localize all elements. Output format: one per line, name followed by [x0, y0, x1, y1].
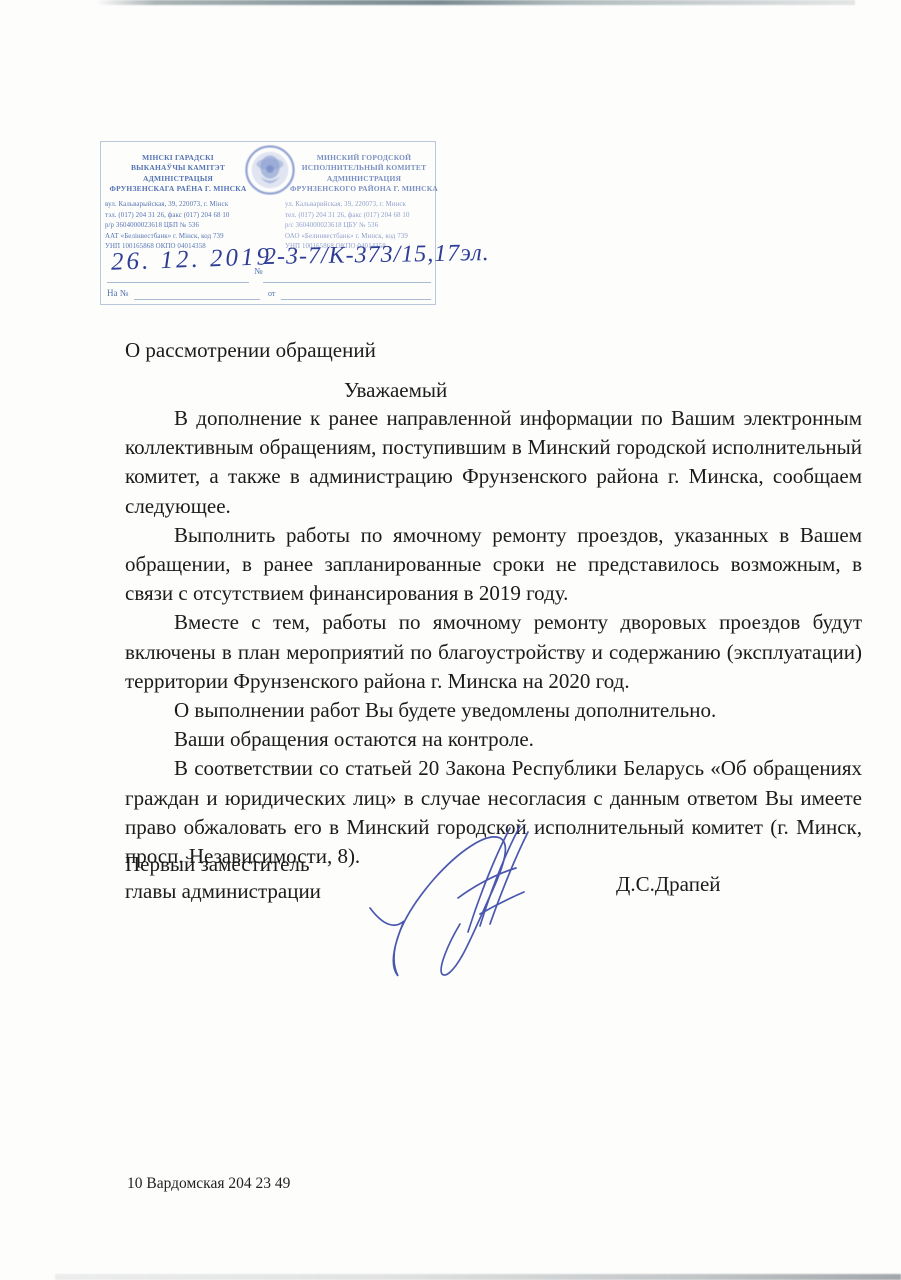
- paragraph: Выполнить работы по ямочному ремонту про…: [125, 521, 862, 609]
- scan-artifact-top: [95, 0, 855, 5]
- detail-line: р/р 3604000023618 ЦБП № 536: [105, 221, 251, 232]
- detail-line: вул. Кальварыйская, 39, 220073, г. Мінск: [105, 200, 251, 211]
- org-line: АДМИНИСТРАЦИЯ: [285, 174, 443, 184]
- detail-line: ААТ «Белінвестбанк» г. Мінск, код 739: [105, 232, 251, 243]
- letterhead-russian-column: МИНСКИЙ ГОРОДСКОЙ ИСПОЛНИТЕЛЬНЫЙ КОМИТЕТ…: [285, 153, 443, 253]
- paragraph: Ваши обращения остаются на контроле.: [125, 725, 862, 754]
- org-line: АДМІНІСТРАЦЫЯ: [105, 174, 251, 184]
- incoming-number-underline: [134, 299, 260, 300]
- letter-subject: О рассмотрении обращений: [125, 338, 862, 363]
- org-line: МІНСКІ ГАРАДСКІ: [105, 153, 251, 163]
- detail-line: тэл. (017) 204 31 26, факс (017) 204 68 …: [105, 211, 251, 222]
- signer-name: Д.С.Драпей: [616, 872, 721, 897]
- number-label: №: [254, 266, 263, 276]
- incoming-date-label: от: [268, 289, 275, 298]
- handwritten-outgoing-number: 2-3-7/К-373/15,17эл.: [264, 240, 490, 271]
- detail-line: ул. Кальварийская, 39, 220073, г. Минск: [285, 200, 443, 211]
- scan-artifact-bottom: [55, 1274, 901, 1280]
- detail-line: тел. (017) 204 31 26, факс (017) 204 68 …: [285, 211, 443, 222]
- handwritten-date: 26. 12. 2019: [111, 243, 273, 277]
- letterhead-belarusian-column: МІНСКІ ГАРАДСКІ ВЫКАНАЎЧЫ КАМІТЭТ АДМІНІ…: [105, 153, 251, 253]
- handwritten-signature-icon: [362, 824, 574, 982]
- letter-body: О рассмотрении обращений Уважаемый В доп…: [125, 338, 862, 871]
- org-line: ФРУНЗЕНСКАГА РАЁНА Г. МІНСКА: [105, 184, 251, 194]
- paragraph: О выполнении работ Вы будете уведомлены …: [125, 696, 862, 725]
- salutation: Уважаемый: [344, 378, 862, 403]
- detail-line: р/с 3604000023618 ЦБУ № 536: [285, 221, 443, 232]
- org-line: ФРУНЗЕНСКОГО РАЙОНА Г. МИНСКА: [285, 184, 443, 194]
- org-line: МИНСКИЙ ГОРОДСКОЙ: [285, 153, 443, 163]
- org-name-by: МІНСКІ ГАРАДСКІ ВЫКАНАЎЧЫ КАМІТЭТ АДМІНІ…: [105, 153, 251, 193]
- paragraph: Вместе с тем, работы по ямочному ремонту…: [125, 608, 862, 696]
- org-name-ru: МИНСКИЙ ГОРОДСКОЙ ИСПОЛНИТЕЛЬНЫЙ КОМИТЕТ…: [285, 153, 443, 193]
- incoming-date-underline: [281, 299, 431, 300]
- date-underline: [107, 282, 249, 283]
- org-line: ИСПОЛНИТЕЛЬНЫЙ КОМИТЕТ: [285, 163, 443, 173]
- paragraphs: В дополнение к ранее направленной информ…: [125, 404, 862, 871]
- letterhead-box: МІНСКІ ГАРАДСКІ ВЫКАНАЎЧЫ КАМІТЭТ АДМІНІ…: [100, 141, 436, 305]
- number-underline: [263, 282, 431, 283]
- paragraph: В дополнение к ранее направленной информ…: [125, 404, 862, 521]
- executor-note: 10 Вардомская 204 23 49: [127, 1175, 290, 1193]
- org-line: ВЫКАНАЎЧЫ КАМІТЭТ: [105, 163, 251, 173]
- scanned-letter-page: МІНСКІ ГАРАДСКІ ВЫКАНАЎЧЫ КАМІТЭТ АДМІНІ…: [0, 0, 901, 1280]
- incoming-number-label: На №: [107, 288, 128, 298]
